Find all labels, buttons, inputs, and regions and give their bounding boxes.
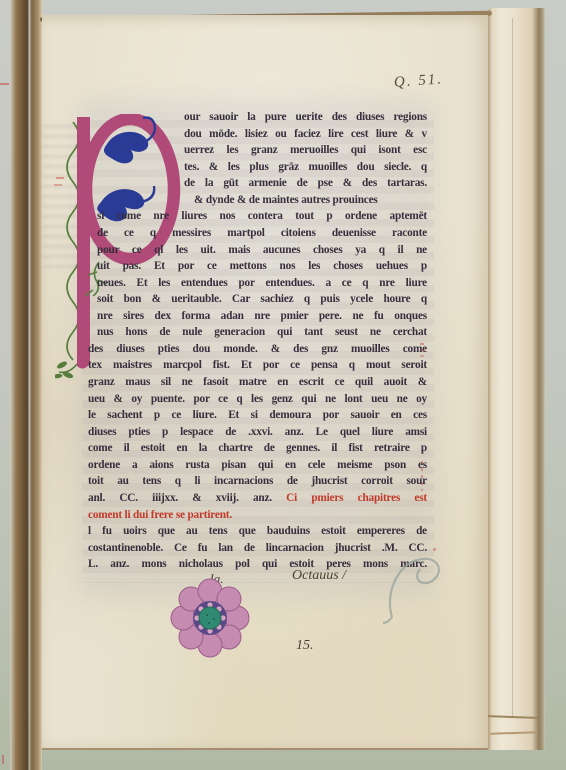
text-line: granz maus sil ne fasoit matre en escrit… — [88, 374, 427, 391]
text-line: de ce q messires martpol citoiens deueni… — [88, 225, 427, 242]
book-fore-edge — [488, 8, 545, 750]
text-line: costantinenoble. Ce fu lan de lincarnaci… — [88, 540, 427, 557]
catchword-right: Octauus / — [292, 568, 346, 584]
text-line: ueu & oy puente. por ce q les genz qui n… — [88, 391, 427, 408]
text-block: our sauoir la pure uerite des diuses reg… — [88, 109, 427, 573]
text-line: tes. & les plus grāz muoilles dou siecle… — [88, 159, 427, 176]
text-line: dou mōde. lisiez ou faciez lire cest liu… — [88, 126, 427, 143]
red-margin-mark — [2, 755, 4, 764]
text-line: tex maistres marcpol fist. Et por ce pen… — [88, 357, 427, 374]
text-line: pour ce ql les uit. mais aucunes choses … — [88, 242, 427, 259]
text-line: ueues. Et les entendues por entendues. a… — [88, 275, 427, 292]
folio-number: Q. 51. — [393, 71, 443, 91]
red-margin-mark — [421, 461, 423, 491]
manuscript-page: Q. 51. our sauoir la pure uerite des diu… — [42, 15, 488, 750]
red-margin-mark — [56, 177, 64, 179]
vine-leaf — [56, 360, 68, 370]
text-line: nus hons de nule generacion qui tant seu… — [88, 324, 427, 341]
text-line: L. anz. mons nicholaus pol qui estoit pe… — [88, 556, 427, 573]
text-line: le sachent p ce liure. Et si demoura por… — [88, 407, 427, 424]
text-line: soit bon & ueritauble. Car sachiez q pui… — [88, 291, 427, 308]
rubric-line: coment li dui frere se partirent. — [88, 507, 427, 524]
photo-scene: Q. 51. our sauoir la pure uerite des diu… — [0, 0, 566, 770]
text-line: our sauoir la pure uerite des diuses reg… — [88, 109, 427, 126]
rosette-center — [199, 607, 221, 629]
text-line-with-rubric: anl. CC. iiijxx. & xviij. anz. Ci pmiers… — [88, 490, 427, 507]
red-margin-mark — [433, 548, 436, 551]
text-line: uit pas. Et por ce mettons nos les chose… — [88, 258, 427, 275]
text-line: diuses pties p lespace de .xxvi. anz. Le… — [88, 424, 427, 441]
text-line: des diuses pties dou monde. & des gnz mu… — [88, 341, 427, 358]
text-line: de la gūt armenie de pse & des tartaras. — [88, 175, 427, 192]
text-line: toit au tens q li incarnacions de jhucri… — [88, 473, 427, 490]
rosette-ornament — [164, 577, 256, 659]
text-line: come il estoit en la chartre de gennes. … — [88, 440, 427, 457]
text-line: uerrez les granz meruoilles qui isont es… — [88, 142, 427, 159]
ink-flourish — [382, 551, 452, 625]
text-line: nre sires dex forma adan nre pmier pere.… — [88, 308, 427, 325]
page-number: 15. — [296, 638, 314, 654]
book-gutter-binding — [10, 0, 42, 770]
red-margin-mark — [420, 343, 424, 345]
text-line: & dynde & de maintes autres prouinces — [88, 192, 427, 209]
text-line: si come nre liures nos contera tout p or… — [88, 208, 427, 225]
red-margin-mark — [0, 83, 9, 85]
text-segment: anl. CC. iiijxx. & xviij. anz. — [88, 492, 272, 504]
text-line: l fu uoirs que au tens que bauduins esto… — [88, 523, 427, 540]
text-line: ordene a aions rusta pisan qui en cele m… — [88, 457, 427, 474]
rubric-segment: Ci pmiers chapitres est — [286, 492, 427, 504]
vine-leaf — [55, 373, 63, 379]
